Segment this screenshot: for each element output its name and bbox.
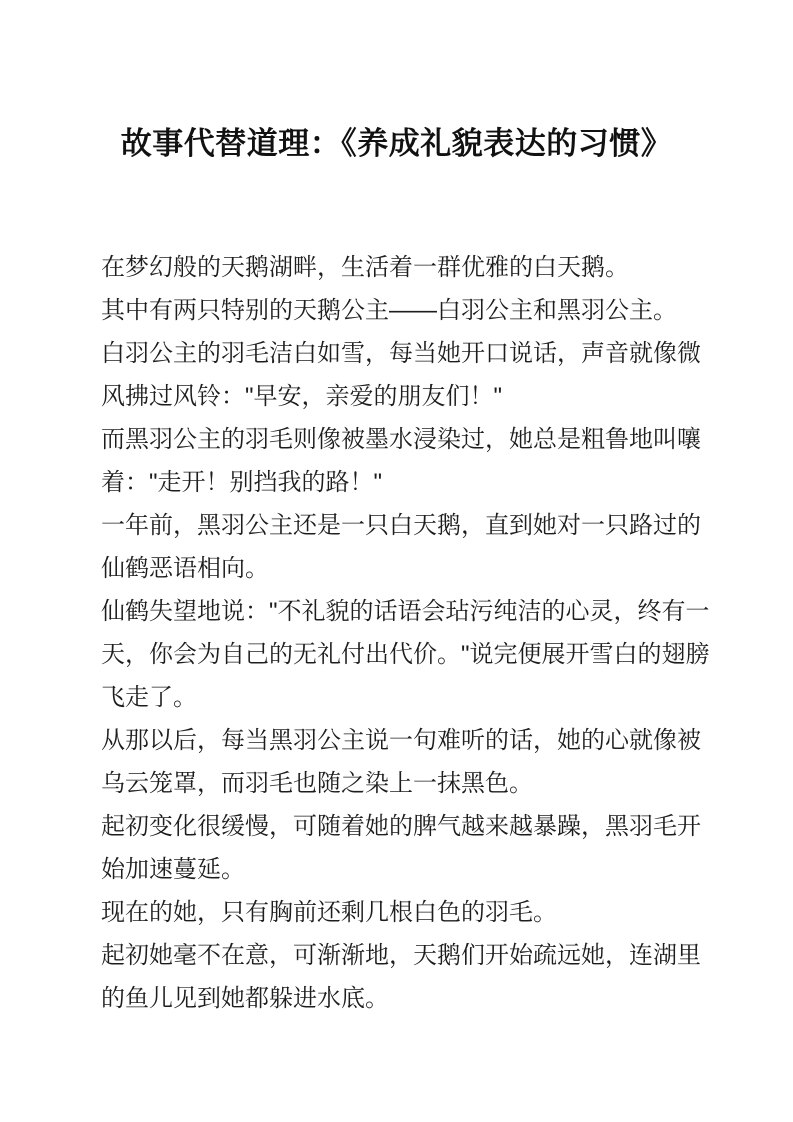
story-paragraph: 起初她毫不在意，可渐渐地，天鹅们开始疏远她，连湖里的鱼儿见到她都躲进水底。 [101, 934, 716, 1020]
document-page: 故事代替道理：《养成礼貌表达的习惯》 在梦幻般的天鹅湖畔，生活着一群优雅的白天鹅… [0, 0, 793, 1122]
story-paragraph: 现在的她，只有胸前还剩几根白色的羽毛。 [101, 891, 716, 934]
story-paragraph: 其中有两只特别的天鹅公主——白羽公主和黑羽公主。 [101, 289, 716, 332]
story-paragraph: 仙鹤失望地说："不礼貌的话语会玷污纯洁的心灵，终有一天，你会为自己的无礼付出代价… [101, 590, 716, 719]
document-body: 在梦幻般的天鹅湖畔，生活着一群优雅的白天鹅。 其中有两只特别的天鹅公主——白羽公… [101, 246, 716, 1020]
story-paragraph: 在梦幻般的天鹅湖畔，生活着一群优雅的白天鹅。 [101, 246, 716, 289]
story-paragraph: 一年前，黑羽公主还是一只白天鹅，直到她对一只路过的仙鹤恶语相向。 [101, 504, 716, 590]
story-paragraph: 而黑羽公主的羽毛则像被墨水浸染过，她总是粗鲁地叫嚷着："走开！别挡我的路！" [101, 418, 716, 504]
story-paragraph: 从那以后，每当黑羽公主说一句难听的话，她的心就像被乌云笼罩，而羽毛也随之染上一抹… [101, 719, 716, 805]
document-title: 故事代替道理：《养成礼貌表达的习惯》 [0, 122, 793, 166]
story-paragraph: 起初变化很缓慢，可随着她的脾气越来越暴躁，黑羽毛开始加速蔓延。 [101, 805, 716, 891]
story-paragraph: 白羽公主的羽毛洁白如雪，每当她开口说话，声音就像微风拂过风铃："早安，亲爱的朋友… [101, 332, 716, 418]
